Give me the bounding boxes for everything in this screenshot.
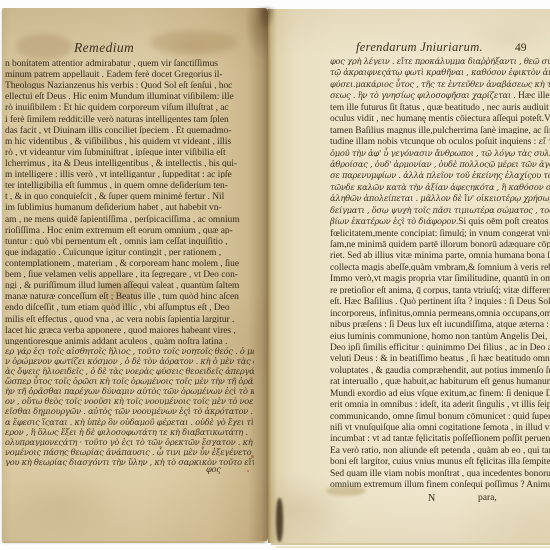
latin-text-segment: oculus vidit , nec humanę mentis cōiectu… xyxy=(330,114,550,122)
latin-text-segment: minum patrem appellauit . Eadem ferè doc… xyxy=(5,70,222,78)
text-line: omnium extremum illum finem conſequi poſ… xyxy=(330,477,550,488)
text-line: riet. Sed ab illius vitæ minima parte, o… xyxy=(330,248,550,259)
text-line: das facit , vt Diuinam illis conciliet ſ… xyxy=(5,123,254,134)
greek-text-segment: δείγματι , ὅσῳ ψυχὴ τοῖς πᾶσι τιμιωτέρα … xyxy=(330,205,550,214)
text-line: contemplationem , materiam , & corpoream… xyxy=(5,256,254,267)
text-line: tem ille futurus ſit ſtatus , quæ beatit… xyxy=(330,100,550,111)
latin-text-segment: rioſiſſima . Hoc enim extremum eſt eorum… xyxy=(5,226,233,234)
text-line: δείγματι , ὅσῳ ψυχὴ τοῖς πᾶσι τιμιωτέρα … xyxy=(330,203,550,214)
text-line: eius luminis communione, homo non tantùm… xyxy=(330,329,550,340)
text-line: τῷ ἀκραιφνεςάτῳ φωτὶ κραθῆναι , καθόσον … xyxy=(330,65,550,76)
latin-text-segment: ter intelligibilia eſt ſummus , in quem … xyxy=(5,181,228,189)
text-line: veluti Deus : & in beatiſſimo beatus , ſ… xyxy=(330,351,550,362)
text-line: m intelligere : illis verò , vt intellig… xyxy=(5,167,254,178)
greek-text-segment: ὁμοῦ τὴν ἀφ' ὗ γεγόνασιν ἄνθρωποι , τῷ λ… xyxy=(330,148,550,157)
latin-text-segment: lacet hic græca verba apponere , quod ma… xyxy=(5,326,236,334)
latin-text-segment: n bonitatem attentior admirabatur , quem… xyxy=(5,59,218,67)
text-line: bem , ſiue velamen velis appellare , ita… xyxy=(5,267,254,278)
paper-speck xyxy=(247,470,249,472)
text-line: i ferè ſimilem reddit:ille verò naturas … xyxy=(5,112,254,123)
text-line: voluptates , & gaudia compræhendit, aut … xyxy=(330,363,550,374)
text-line: σεως . ἣν τὸ γνησίως φιλοσοφῆσαι χαρίζετ… xyxy=(330,88,550,99)
latin-text-segment: que indagatio . Cuicunque igitur conting… xyxy=(5,248,221,256)
text-line: tudine illam nobis vtcunque ob oculos po… xyxy=(330,134,550,145)
latin-text-segment: tem ille futurus ſit ſtatus , quæ beatit… xyxy=(330,103,550,111)
text-line: ὁμοῦ τὴν ἀφ' ὗ γεγόνασιν ἄνθρωποι , τῷ λ… xyxy=(330,146,550,157)
latin-text-segment: Theologus Nazianzenus his verbis : Quod … xyxy=(5,81,232,89)
latin-text-segment: incumbat : vt ad tantæ fęlicitatis poſſe… xyxy=(330,434,550,442)
text-line: fœlicitatem,mente concipiat: ſimulq́; in… xyxy=(330,226,550,237)
text-line: n bonitatem attentior admirabatur , quem… xyxy=(5,56,254,67)
latin-text-segment: i ferè ſimilem reddit:ille verò naturas … xyxy=(5,115,229,123)
text-line: rò inuiſibilem : Et hic quidem corporeum… xyxy=(5,100,254,111)
latin-text-segment: riet. Sed ab illius vitæ minima parte, o… xyxy=(330,251,550,259)
latin-text-segment: incorporeus, infinitus,omnia permeans,om… xyxy=(330,309,550,317)
text-line: manæ naturæ conceſſum eſt ; Beatus ille … xyxy=(5,289,254,300)
text-line: tuntur : quò vbi pernentum eſt , omnis i… xyxy=(5,234,254,245)
greek-text-segment: ὥσπερ ὗτος τοῖς ὁρῶσι κὴ τοῖς ὁρωμένοις … xyxy=(5,376,254,385)
greek-text-segment: τῶνδε καλῶν κατὰ τὴν ἀξίαν ἀφεςηκότα , ἢ… xyxy=(330,182,550,191)
text-line: rò , vt videantur vim ſubminiſtrat , ipſ… xyxy=(5,145,254,156)
book-scan: Remedium n bonitatem attentior admirabat… xyxy=(0,0,550,550)
left-page-header: Remedium xyxy=(74,40,184,56)
latin-text-segment: re pretioſior eſt anima, q̄ corpus, tant… xyxy=(330,286,550,294)
latin-text-segment: rò inuiſibilem : Et hic quidem corporeum… xyxy=(5,103,229,111)
text-line: ὴν τῆ ὁρᾶσθαι παρέχων δύναμιν αὐτὸς τῶν … xyxy=(5,385,254,395)
text-line: communicando, omne ſimul bonum cōmunicet… xyxy=(330,409,550,420)
text-line: am , ne mens quidē ſapientiſſima , perſp… xyxy=(5,212,254,223)
greek-text-segment: ον , οὕτω θεὸς τοῖς νοοῦσι κὴ τοῖς νοουμ… xyxy=(5,396,254,405)
latin-text-segment: Deo ipſi ſimilis efficitur : quinimmo De… xyxy=(330,343,550,351)
latin-text-segment: bem , ſiue velamen velis appellare , ita… xyxy=(5,270,238,278)
text-line: Immo verò,vt magis propria vtar ſimilitu… xyxy=(330,271,550,282)
latin-text-segment: Mundi exordio ad eius vſque exitum,ac fi… xyxy=(330,389,550,397)
text-line: φύσει.μακάριος ὗτος , τῆς τε ἐντεῦθεν ἀν… xyxy=(330,77,550,88)
latin-text-segment: Sed quam ille viam nobis monſtrat , qua … xyxy=(330,469,550,477)
text-line: nibus præſens : ſi Deus lux eſt iucundiſ… xyxy=(330,317,550,328)
latin-text-segment: Immo verò,vt magis propria vtar ſimilitu… xyxy=(330,274,550,282)
latin-text-segment: Si quis oēm poſt creatos homin xyxy=(458,217,550,225)
latin-text-segment: fœlicitatem,mente concipiat: ſimulq́; in… xyxy=(330,229,550,237)
text-line: ngi , & puriſſimum illud lumen aſſequi v… xyxy=(5,278,254,289)
text-line: m hic videntibus , & viſibilibus , his q… xyxy=(5,134,254,145)
left-page: Remedium n bonitatem attentior admirabat… xyxy=(2,8,268,541)
text-line: im ſublimius humanum deſiderium habet , … xyxy=(5,200,254,211)
text-line: lacet hic græca verba apponere , quod ma… xyxy=(5,323,254,334)
text-line: collecta magis abeſſe,quàm vmbram,& ſomn… xyxy=(330,260,550,271)
text-line: t , & in quo conquieſcit , & ſuper quem … xyxy=(5,189,254,200)
text-line: lcherrimus , ita & Deus intelligentibus … xyxy=(5,156,254,167)
greek-text-segment: φύσει.μακάριος ὗτος , τῆς τε ἐντεῦθεν ἀν… xyxy=(330,79,550,88)
text-line: νομένοις πάσης θεωρίας ἀνάπαυσις . ᾧ τιν… xyxy=(5,446,254,456)
text-line: ερον , ἢ ὅλως ἕξει ἡ δὲ φιλοσοφωτάτη τε … xyxy=(5,426,254,436)
greek-text-segment: νομένοις πάσης θεωρίας ἀνάπαυσις . ᾧ τιν… xyxy=(5,447,254,456)
text-line: βίων ἑκατέρων ἐςὶ τὸ διάφορον.Si quis oē… xyxy=(330,214,550,225)
text-line: Sed quam ille viam nobis monſtrat , qua … xyxy=(330,466,550,477)
latin-text-segment: rat interuallo , quæ habuit,ac habiturum… xyxy=(330,377,550,385)
greek-text-segment: ερ γάρ ἐςι τοῖς αἰσθητοῖς ἥλιος , τοῦτο … xyxy=(5,346,254,355)
latin-text-segment: ungentioresque animis addant aculeos , q… xyxy=(5,337,227,345)
text-line: Ea verò ratio, non aliunde eſt petenda ,… xyxy=(330,443,550,454)
latin-text-segment: am , ne mens quidē ſapientiſſima , perſp… xyxy=(5,215,240,223)
text-line: incorporeus, infinitus,omnia permeans,om… xyxy=(330,306,550,317)
text-line: φος χρὴ λέγειν . εἴτε προκάλυμμα διαῤῥήξ… xyxy=(330,54,550,65)
greek-text-segment: βίων ἑκατέρων ἐςὶ τὸ διάφορον. xyxy=(330,216,458,225)
latin-text-segment: tudine illam nobis vtcunque ob oculos po… xyxy=(330,137,539,145)
text-line: ungentioresque animis addant aculeos , q… xyxy=(5,334,254,345)
text-line: incumbat : vt ad tantæ fęlicitatis poſſe… xyxy=(330,431,550,442)
latin-text-segment: ſam,ne minimā quidem partē illorum bonor… xyxy=(330,240,550,248)
text-line: rioſiſſima . Hoc enim extremum eſt eorum… xyxy=(5,223,254,234)
right-page-text-block: φος χρὴ λέγειν . εἴτε προκάλυμμα διαῤῥήξ… xyxy=(330,54,550,489)
greek-text-segment: ὴν τῆ ὁρᾶσθαι παρέχων δύναμιν αὐτὸς τῶν … xyxy=(5,386,254,395)
latin-text-segment: contemplationem , materiam , & corpoream… xyxy=(5,259,239,267)
text-line: α ἔφεσις ἵςαται . κὴ ὑπὲρ ὃν οὐδαμοῦ φέρ… xyxy=(5,416,254,426)
greek-text-segment: ἀληθῶν ἀπολείπεται . μᾶλλον δὲ ἵν' οἰκει… xyxy=(330,193,550,202)
latin-text-segment: eius luminis communione, homo non tantùm… xyxy=(330,332,550,340)
text-line: boni eſt largitor, cuius vnius munus eſt… xyxy=(330,454,550,465)
text-line: Mundi exordio ad eius vſque exitum,ac fi… xyxy=(330,386,550,397)
left-page-catchword: φος xyxy=(206,464,221,474)
paper-speck xyxy=(251,455,254,458)
text-line: Theologus Nazianzenus his verbis : Quod … xyxy=(5,78,254,89)
latin-text-segment: im ſublimius humanum deſiderium habet , … xyxy=(5,203,222,211)
latin-text-segment: Ea verò ratio, non aliunde eſt petenda ,… xyxy=(330,446,550,454)
greek-text-segment: ολυπραγμονεςάτη · τοῦτο γὸ ἐςι τὸ τῶν ὀρ… xyxy=(5,437,254,446)
greek-text-segment: εῖσθαι δημιουργῶν . αὐτὸς τῶν νοουμένων … xyxy=(5,406,254,415)
text-line: Deo ipſi ſimilis efficitur : quinimmo De… xyxy=(330,340,550,351)
text-line: ellectui eſt Deus . Hic enim Mundum illu… xyxy=(5,89,254,100)
latin-text-segment: eſt. Hæc Baſilius . Quò pertinent iſta ?… xyxy=(330,297,550,305)
latin-text-segment: m intelligere : illis verò , vt intellig… xyxy=(5,170,232,178)
text-line: ὥσπερ ὗτος τοῖς ὁρῶσι κὴ τοῖς ὁρωμένοις … xyxy=(5,375,254,385)
greek-text-segment: ν ὁρώμενον φωτίζει κόσμον , ὁ δὲ τὸν ἀόρ… xyxy=(5,356,254,365)
underlying-page-edge xyxy=(271,543,550,545)
text-line: ἀθροίσας , ὀυδ' ἁρμονίαν , ὀυδὲ πολλοςῷ … xyxy=(330,157,550,168)
text-line: oculus vidit , nec humanę mentis cōiectu… xyxy=(330,111,550,122)
greek-text-segment: ἀθροίσας , ὀυδ' ἁρμονίαν , ὀυδὲ πολλοςῷ … xyxy=(330,159,550,168)
text-line: niſi vt vnuſquiſque alia omni cogitation… xyxy=(330,420,550,431)
latin-text-segment: rò , vt videantur vim ſubminiſtrat , ipſ… xyxy=(5,148,226,156)
latin-text-segment: communicando, omne ſimul bonum cōmunicet… xyxy=(330,412,550,420)
text-line: τῶνδε καλῶν κατὰ τὴν ἀξίαν ἀφεςηκότα , ἢ… xyxy=(330,180,550,191)
text-line: ον , οὕτω θεὸς τοῖς νοοῦσι κὴ τοῖς νοουμ… xyxy=(5,395,254,405)
greek-text-segment: ὰς ὄψεις ἡλιοειδεῖς , ὁ δὲ τὰς νοερὰς φύ… xyxy=(5,366,254,375)
greek-text-segment: φος χρὴ λέγειν . εἴτε προκάλυμμα διαῤῥήξ… xyxy=(330,56,550,65)
greek-text-segment: τῷ ἀκραιφνεςάτῳ φωτὶ κραθῆναι , καθόσον … xyxy=(330,67,550,76)
text-line: ἀληθῶν ἀπολείπεται . μᾶλλον δὲ ἵν' οἰκει… xyxy=(330,191,550,202)
text-line: ολυπραγμονεςάτη · τοῦτο γὸ ἐςι τὸ τῶν ὀρ… xyxy=(5,436,254,446)
latin-text-segment: ngi , & puriſſimum illud lumen aſſequi v… xyxy=(5,281,239,289)
greek-text-segment: σεως . ἣν τὸ γνησίως φιλοσοφῆσαι χαρίζετ… xyxy=(330,90,518,99)
right-page-catchword: para, xyxy=(478,493,497,503)
latin-text-segment: voluptates , & gaudia compræhendit, aut … xyxy=(330,366,550,374)
latin-text-segment: collecta magis abeſſe,quàm vmbram,& ſomn… xyxy=(330,263,550,271)
greek-text-segment: ερον , ἢ ὅλως ἕξει ἡ δὲ φιλοσοφωτάτη τε … xyxy=(5,427,248,436)
text-line: ſam,ne minimā quidem partē illorum bonor… xyxy=(330,237,550,248)
text-line: ερ γάρ ἐςι τοῖς αἰσθητοῖς ἥλιος , τοῦτο … xyxy=(5,345,254,355)
text-line: σε παρενυμφίων . ἀλλὰ πλεῖον τοῦ ἐκείνης… xyxy=(330,168,550,179)
text-line: eſt. Hæc Baſilius . Quò pertinent iſta ?… xyxy=(330,294,550,305)
latin-text-segment: lcherrimus , ita & Deus intelligentibus … xyxy=(5,159,237,167)
signature-mark: N xyxy=(428,493,435,504)
text-line: que indagatio . Cuicunque igitur conting… xyxy=(5,245,254,256)
latin-text-segment: manæ naturæ conceſſum eſt ; Beatus ille … xyxy=(5,292,239,300)
text-line: εῖσθαι δημιουργῶν . αὐτὸς τῶν νοουμένων … xyxy=(5,405,254,415)
latin-text-segment: tamen Baſilius magnus ille,pulcherrima ſ… xyxy=(330,126,550,134)
latin-text-segment: ellectui eſt Deus . Hic enim Mundum illu… xyxy=(5,92,234,100)
text-line: minum patrem appellauit . Eadem ferè doc… xyxy=(5,67,254,78)
latin-text-segment: erit omnia in omnibus : ideſt, ita aderi… xyxy=(330,400,550,408)
latin-text-segment: boni eſt largitor, cuius vnius munus eſt… xyxy=(330,457,550,465)
latin-text-segment: endo diſceſſit , tum etiam quòd illic , … xyxy=(5,303,230,311)
latin-text-segment: niſi vt vnuſquiſque alia omni cogitation… xyxy=(330,423,550,431)
latin-text-segment: tuntur : quò vbi pernentum eſt , omnis i… xyxy=(5,237,228,245)
latin-text-segment: t , & in quo conquieſcit , & ſuper quem … xyxy=(5,192,224,200)
underlying-page-edge xyxy=(276,546,550,548)
gutter-shadow-bottom xyxy=(276,498,283,542)
text-line: milis eſt effectus , quod vna , ac vera … xyxy=(5,312,254,323)
text-line: ter intelligibilia eſt ſummus , in quem … xyxy=(5,178,254,189)
right-page-header: ferendarum Jniuriarum. xyxy=(356,40,483,55)
text-line: rat interuallo , quæ habuit,ac habiturum… xyxy=(330,374,550,385)
text-line: ν ὁρώμενον φωτίζει κόσμον , ὁ δὲ τὸν ἀόρ… xyxy=(5,355,254,365)
page-bottom-edge xyxy=(2,541,265,543)
gutter-shadow-top xyxy=(257,8,275,28)
latin-text-segment: nibus præſens : ſi Deus lux eſt iucundiſ… xyxy=(330,320,550,328)
page-number: 49 xyxy=(515,42,527,54)
text-line: re pretioſior eſt anima, q̄ corpus, tant… xyxy=(330,283,550,294)
latin-text-segment: Hæc ille . Qualis a xyxy=(518,91,550,99)
greek-text-segment: α ἔφεσις ἵςαται . κὴ ὑπὲρ ὃν οὐδαμοῦ φέρ… xyxy=(5,417,254,426)
latin-text-segment: omnium extremum illum finem conſequi poſ… xyxy=(330,480,550,488)
greek-text-segment: εἴ τις xyxy=(539,136,550,145)
latin-text-segment: milis eſt effectus , quod vna , ac vera … xyxy=(5,315,234,323)
left-page-text-block: n bonitatem attentior admirabatur , quem… xyxy=(5,56,254,466)
text-line: endo diſceſſit , tum etiam quòd illic , … xyxy=(5,300,254,311)
greek-text-segment: σε παρενυμφίων . ἀλλὰ πλεῖον τοῦ ἐκείνης… xyxy=(330,170,550,179)
text-line: tamen Baſilius magnus ille,pulcherrima ſ… xyxy=(330,123,550,134)
right-page: ferendarum Jniuriarum. 49 φος χρὴ λέγειν… xyxy=(268,9,550,543)
text-line: ὰς ὄψεις ἡλιοειδεῖς , ὁ δὲ τὰς νοερὰς φύ… xyxy=(5,365,254,375)
text-line: erit omnia in omnibus : ideſt, ita aderi… xyxy=(330,397,550,408)
latin-text-segment: m hic videntibus , & viſibilibus , his q… xyxy=(5,137,231,145)
latin-text-segment: veluti Deus : & in beatiſſimo beatus , ſ… xyxy=(330,354,550,362)
latin-text-segment: das facit , vt Diuinam illis conciliet ſ… xyxy=(5,126,231,134)
